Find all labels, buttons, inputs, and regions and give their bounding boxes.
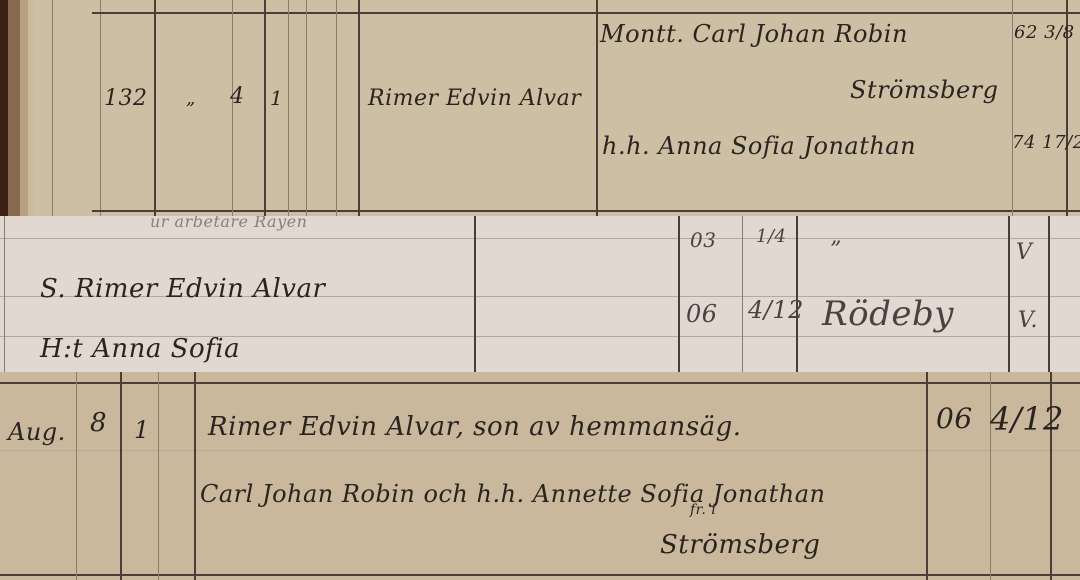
vaccination-mark-1: V: [1016, 240, 1032, 265]
column-rule: [358, 0, 360, 216]
column-rule: [1012, 0, 1013, 216]
mother-birth-date: 74 17/2: [1012, 132, 1080, 153]
father-birth-date: 62 3/8: [1014, 22, 1075, 43]
book-binding: [0, 0, 34, 216]
row-rule: [0, 450, 1080, 451]
vaccination-mark-2: V.: [1018, 308, 1038, 333]
faded-header-text: ur arbetare Rayen: [150, 216, 307, 231]
birth-year: 06: [936, 402, 973, 435]
column-rule: [120, 372, 122, 580]
event-month: Aug.: [8, 418, 66, 446]
birth-year-2: 06: [686, 300, 718, 328]
month-ditto: „: [186, 88, 196, 109]
entry-line-1: Rimer Edvin Alvar, son av hemmansäg.: [208, 412, 742, 442]
column-rule: [154, 0, 156, 216]
father-residence: Strömsberg: [850, 76, 998, 104]
entry-number: 132: [104, 86, 148, 111]
row-rule-top: [0, 382, 1080, 384]
column-rule: [596, 0, 598, 216]
birth-year-1: 03: [690, 228, 716, 252]
birth-day: 4: [230, 84, 245, 109]
column-rule: [474, 216, 476, 372]
child-name: Rimer Edvin Alvar: [368, 86, 581, 111]
ditto-mark: ”: [830, 238, 842, 263]
child-count: 1: [270, 86, 283, 110]
birth-date-2: 4/12: [748, 296, 804, 324]
column-rule: [288, 0, 289, 216]
column-rule: [926, 372, 928, 580]
column-rule: [264, 0, 266, 216]
column-rule: [100, 0, 101, 216]
birth-date-1: 1/4: [756, 226, 786, 247]
mother-name: h.h. Anna Sofia Jonathan: [602, 132, 916, 160]
column-rule: [336, 0, 337, 216]
column-rule: [796, 216, 798, 372]
row-rule-bottom: [92, 210, 1080, 212]
row-rule: [0, 238, 1080, 239]
column-rule: [158, 372, 159, 580]
column-rule: [4, 216, 5, 372]
column-rule: [306, 0, 307, 216]
column-rule: [678, 216, 680, 372]
entry-line-3: Strömsberg: [660, 530, 820, 560]
household-exam-scan: ur arbetare Rayen S. Rimer Edvin Alvar H…: [0, 216, 1080, 372]
birth-record-scan: 132 „ 4 1 Rimer Edvin Alvar Montt. Carl …: [0, 0, 1080, 216]
row-rule-top: [92, 12, 1080, 14]
later-register-scan: Aug. 8 1 Rimer Edvin Alvar, son av hemma…: [0, 372, 1080, 580]
column-rule: [194, 372, 196, 580]
father-name: Montt. Carl Johan Robin: [600, 20, 908, 48]
column-rule: [742, 216, 743, 372]
entry-line-3-superscript: fr. i: [690, 502, 716, 518]
mother-entry: H:t Anna Sofia: [40, 334, 240, 364]
row-rule-bottom: [0, 574, 1080, 576]
entry-count: 1: [134, 416, 150, 444]
column-rule: [1008, 216, 1010, 372]
birth-place: Rödeby: [822, 294, 954, 334]
column-rule: [52, 0, 53, 216]
son-entry: S. Rimer Edvin Alvar: [40, 274, 325, 304]
entry-line-2: Carl Johan Robin och h.h. Annette Sofia …: [200, 480, 825, 508]
birth-date: 4/12: [990, 400, 1064, 438]
column-rule: [1048, 216, 1050, 372]
event-day: 8: [90, 408, 107, 438]
column-rule: [76, 372, 77, 580]
